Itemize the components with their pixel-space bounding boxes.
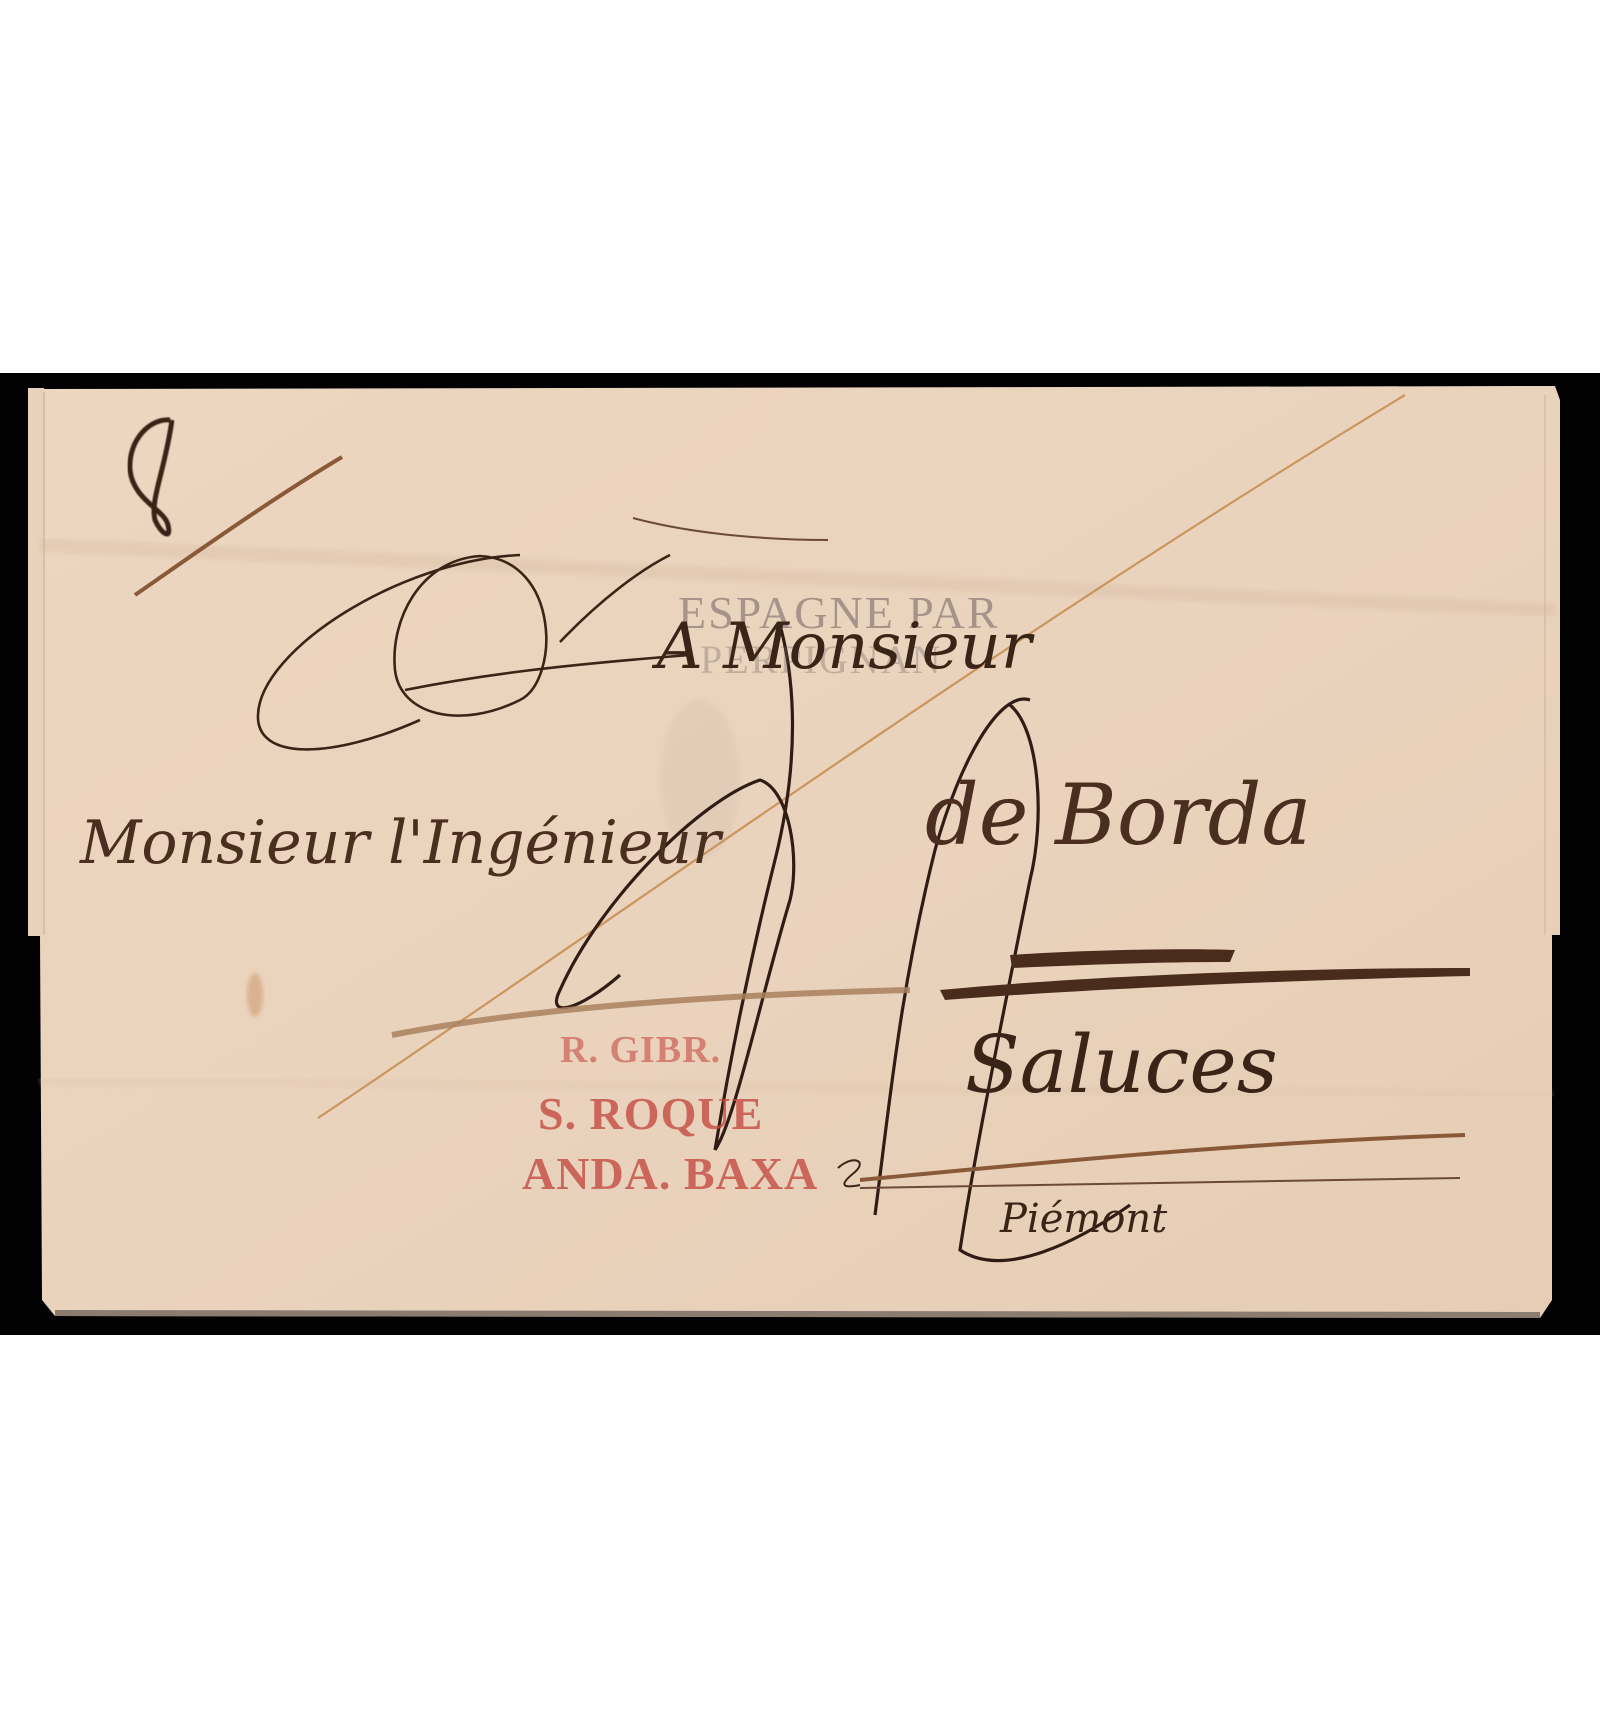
origin-handstamp-line3: ANDA. BAXA — [522, 1150, 818, 1198]
address-line1: Monsieur l'Ingénieur — [80, 808, 721, 878]
folded-letter-cover: ESPAGNE PAR PERPIGNAN R. GIBR. S. ROQUE … — [0, 0, 1600, 1710]
address-city: Saluces — [965, 1020, 1278, 1110]
origin-handstamp-line1: R. GIBR. — [560, 1030, 721, 1070]
address-salutation: A A Monsieur — [690, 612, 1031, 682]
address-region: Piémont — [1000, 1195, 1167, 1243]
origin-handstamp-line2: S. ROQUE — [538, 1090, 763, 1138]
address-line2: de Borda — [925, 770, 1312, 860]
